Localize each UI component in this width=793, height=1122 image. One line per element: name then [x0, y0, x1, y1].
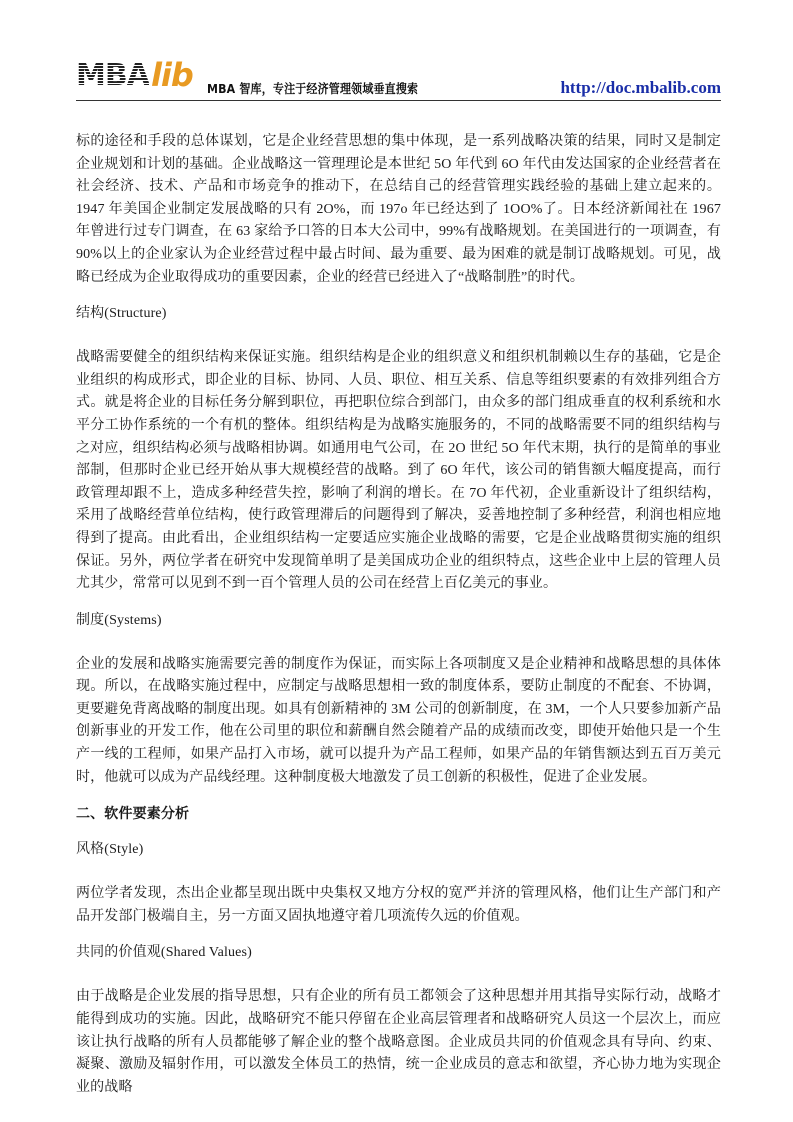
header-divider — [76, 100, 721, 101]
mbalib-logo[interactable]: MBA lib — [76, 56, 193, 92]
shared-values-heading: 共同的价值观(Shared Values) — [76, 942, 721, 964]
systems-paragraph: 企业的发展和战略实施需要完善的制度作为保证，而实际上各项制度又是企业精神和战略思… — [76, 654, 721, 790]
site-tagline: MBA 智库，专注于经济管理领域垂直搜索 — [207, 79, 418, 97]
section-two-title: 二、软件要素分析 — [76, 803, 721, 825]
document-body: 标的途径和手段的总体谋划，它是企业经营思想的集中体现，是一系列战略决策的结果，同… — [76, 131, 721, 1099]
structure-paragraph: 战略需要健全的组织结构来保证实施。组织结构是企业的组织意义和组织机制赖以生存的基… — [76, 347, 721, 596]
intro-paragraph: 标的途径和手段的总体谋划，它是企业经营思想的集中体现，是一系列战略决策的结果，同… — [76, 131, 721, 289]
structure-heading: 结构(Structure) — [76, 303, 721, 325]
shared-values-paragraph: 由于战略是企业发展的指导思想，只有企业的所有员工都领会了这种思想并用其指导实际行… — [76, 986, 721, 1099]
site-url-link[interactable]: http://doc.mbalib.com — [560, 78, 721, 98]
page-header: MBA lib MBA 智库，专注于经济管理领域垂直搜索 http://doc.… — [76, 52, 721, 102]
logo-lib-text: lib — [151, 58, 193, 92]
logo-mba-text: MBA — [76, 60, 149, 92]
style-heading: 风格(Style) — [76, 839, 721, 861]
style-paragraph: 两位学者发现，杰出企业都呈现出既中央集权又地方分权的宽严并济的管理风格，他们让生… — [76, 883, 721, 928]
systems-heading: 制度(Systems) — [76, 610, 721, 632]
